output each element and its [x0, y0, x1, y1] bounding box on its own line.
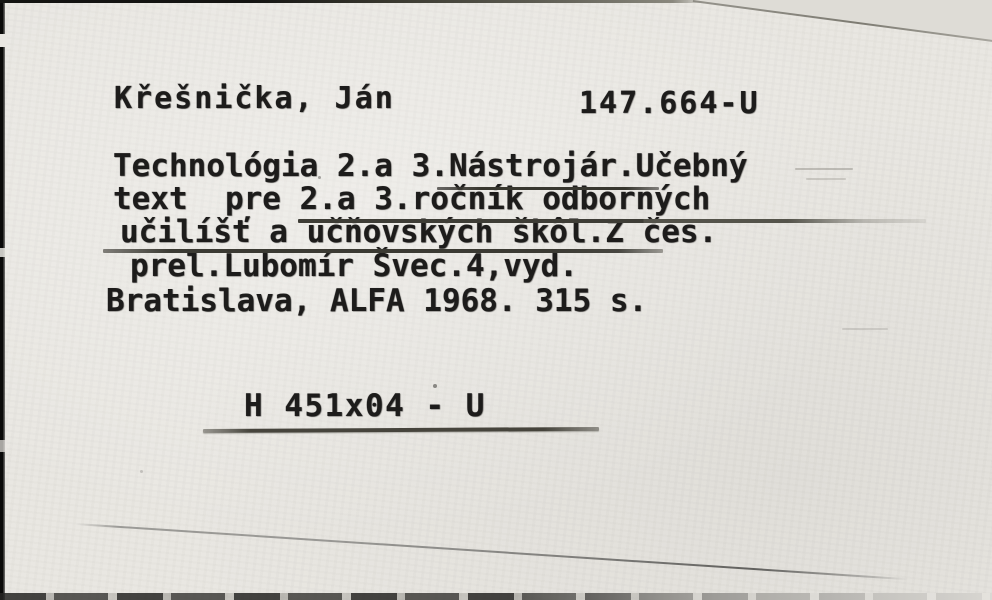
title-line-4: prel.Lubomír Švec.4,vyd.	[130, 251, 578, 282]
title-line-1: Technológia 2.a 3.Nástrojár.Učebný	[113, 151, 748, 182]
underline-ucilist-skol	[103, 249, 663, 253]
shelf-mark: H 451x04 - U	[244, 391, 486, 422]
ink-speck	[140, 470, 143, 473]
smudge-mark	[795, 168, 853, 170]
pencil-line	[76, 523, 908, 580]
ink-speck	[433, 384, 437, 388]
left-edge-notch	[0, 440, 7, 452]
ink-speck	[318, 176, 321, 179]
call-number: 147.664-U	[579, 89, 760, 119]
smudge-mark	[806, 178, 846, 180]
author-heading: Křešnička, Ján	[114, 84, 395, 114]
left-edge-notch	[0, 34, 7, 47]
underline-rocnik-odbornych	[298, 219, 926, 223]
catalog-card-scan: Křešnička, Ján 147.664-U Technológia 2.a…	[0, 0, 992, 600]
imprint-line: Bratislava, ALFA 1968. 315 s.	[106, 286, 647, 317]
scan-left-edge	[0, 0, 7, 600]
bottom-card-edge	[0, 593, 992, 600]
underline-nastrojar	[437, 187, 659, 190]
smudge-mark	[842, 328, 888, 330]
left-edge-notch	[0, 248, 7, 257]
shelf-mark-underline	[203, 427, 599, 433]
scan-top-edge	[0, 0, 708, 3]
